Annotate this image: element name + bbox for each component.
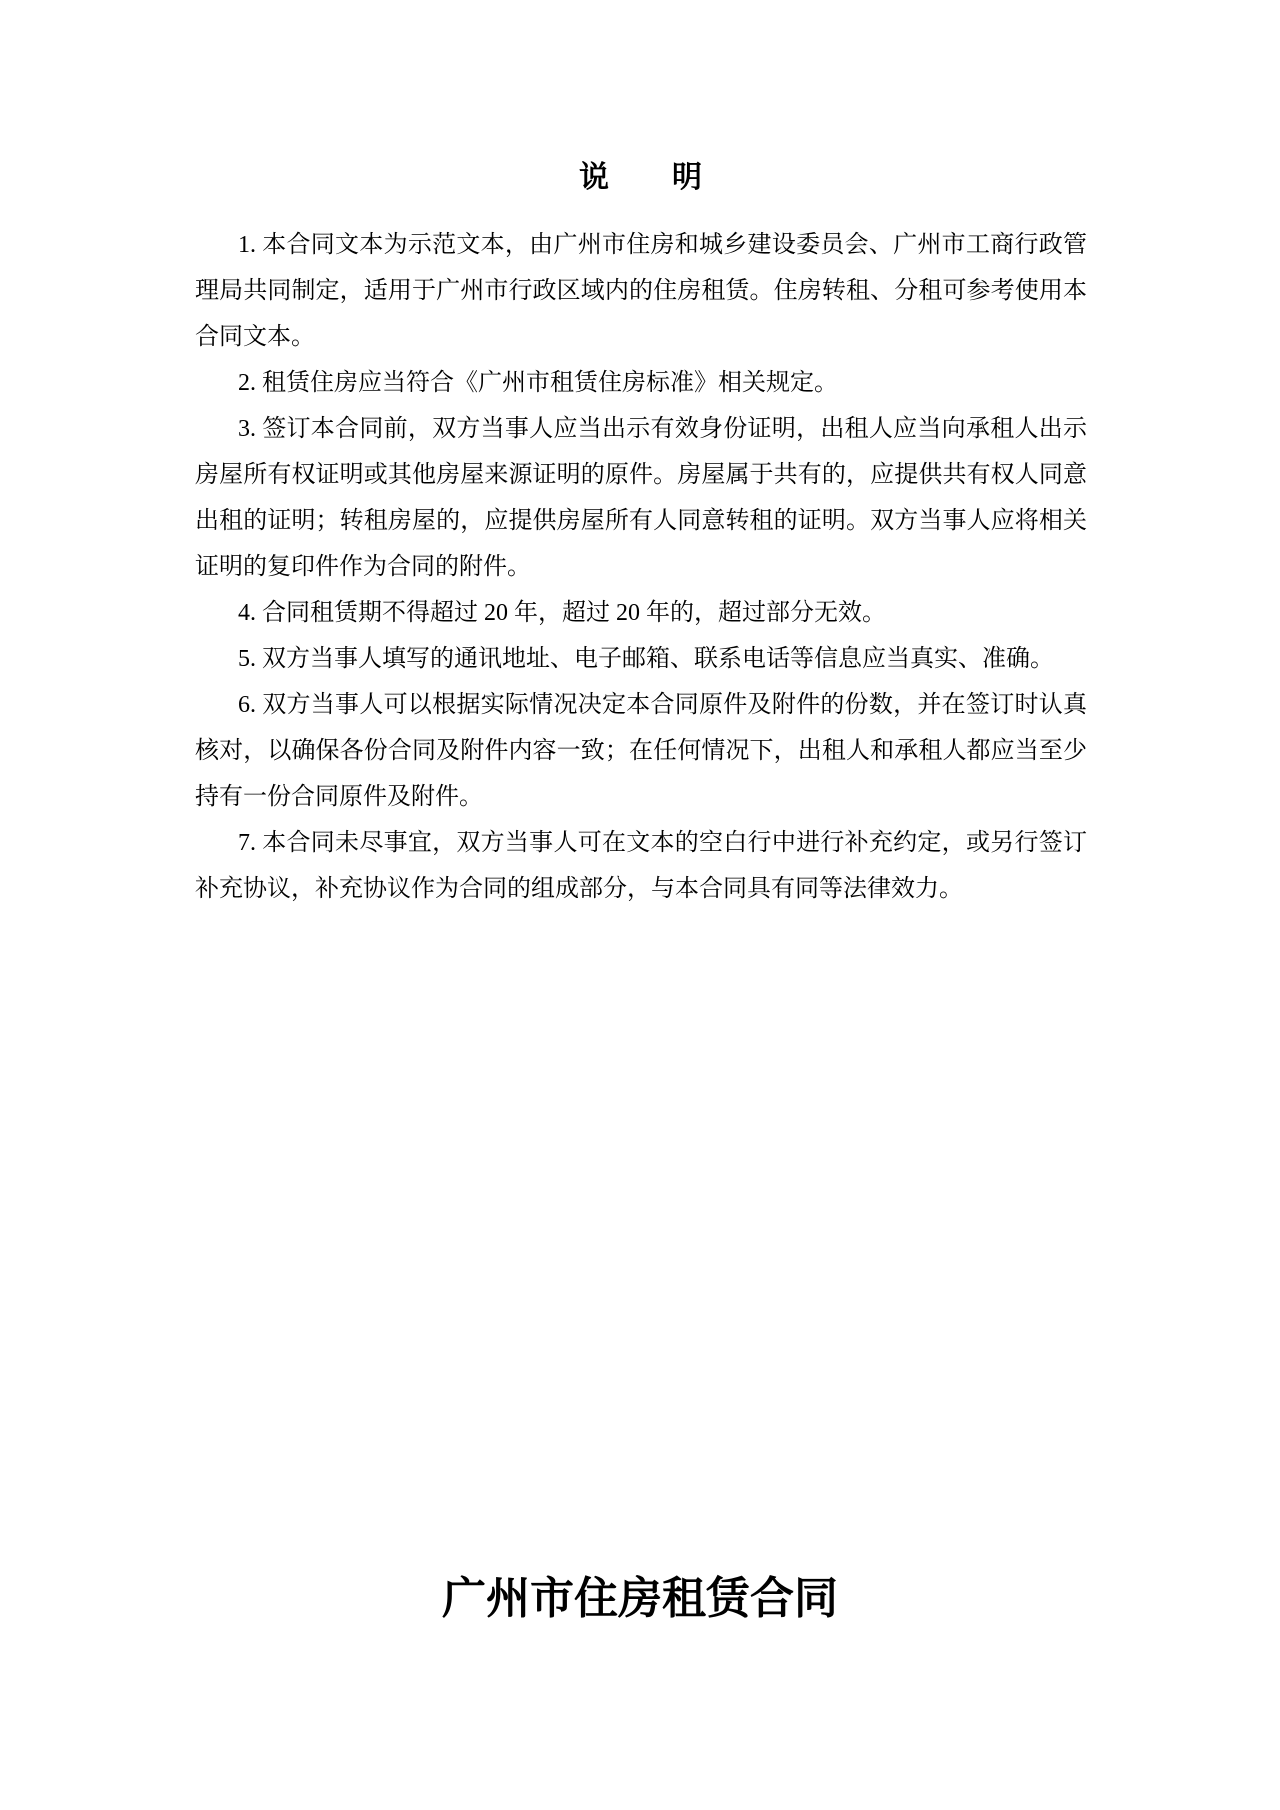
note-paragraph-1: 1. 本合同文本为示范文本，由广州市住房和城乡建设委员会、广州市工商行政管理局共…	[195, 222, 1087, 360]
document-body: 1. 本合同文本为示范文本，由广州市住房和城乡建设委员会、广州市工商行政管理局共…	[195, 222, 1087, 912]
note-paragraph-7: 7. 本合同未尽事宜，双方当事人可在文本的空白行中进行补充约定，或另行签订补充协…	[195, 820, 1087, 912]
document-heading: 说 明	[195, 160, 1087, 196]
note-paragraph-3: 3. 签订本合同前，双方当事人应当出示有效身份证明，出租人应当向承租人出示房屋所…	[195, 406, 1087, 590]
note-paragraph-5: 5. 双方当事人填写的通讯地址、电子邮箱、联系电话等信息应当真实、准确。	[195, 636, 1087, 682]
document-page: 说 明 1. 本合同文本为示范文本，由广州市住房和城乡建设委员会、广州市工商行政…	[0, 0, 1280, 1810]
note-paragraph-6: 6. 双方当事人可以根据实际情况决定本合同原件及附件的份数，并在签订时认真核对，…	[195, 682, 1087, 820]
note-paragraph-2: 2. 租赁住房应当符合《广州市租赁住房标准》相关规定。	[195, 360, 1087, 406]
contract-title: 广州市住房租赁合同	[0, 1572, 1280, 1626]
note-paragraph-4: 4. 合同租赁期不得超过 20 年，超过 20 年的，超过部分无效。	[195, 590, 1087, 636]
